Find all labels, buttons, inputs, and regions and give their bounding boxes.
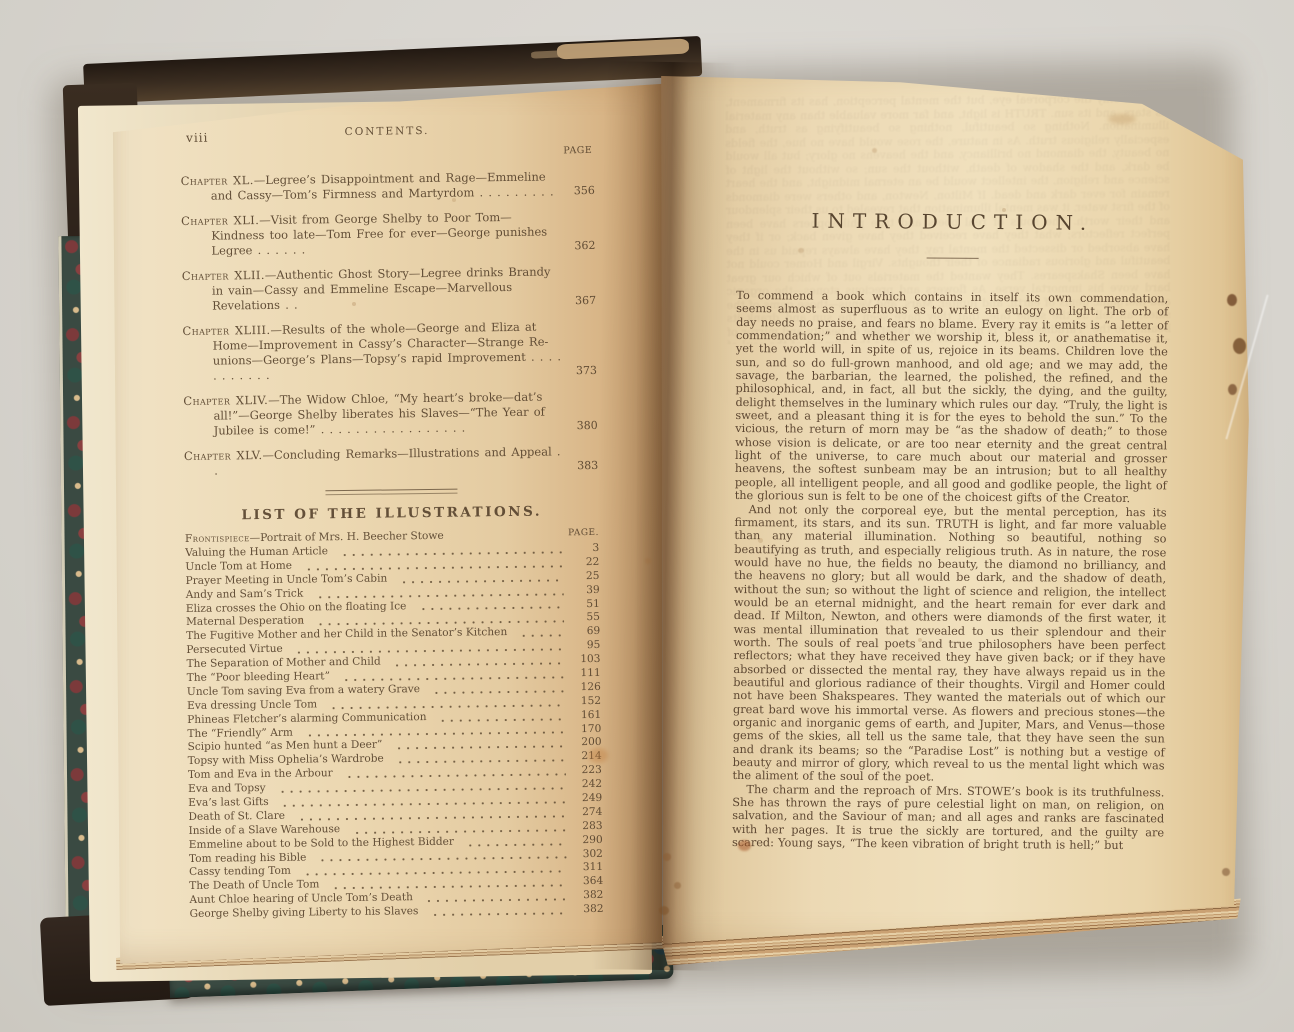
chapter-label: Chapter XL. (181, 173, 254, 188)
illustration-title: Tom and Eva in the Arbour (188, 767, 333, 781)
introduction-heading: INTRODUCTION. (737, 208, 1169, 235)
illustration-title: Tom reading his Bible (189, 851, 307, 864)
contents-page-content: viii CONTENTS. PAGE Chapter XL.—Legree’s… (180, 123, 604, 922)
chapter-label: Chapter XLV. (184, 448, 263, 463)
chapter-label: Chapter XLI. (181, 213, 259, 228)
illustration-title: Eva and Topsy (188, 782, 266, 795)
chapter-label: Chapter XLIV. (183, 393, 268, 408)
illustration-title: Eva dressing Uncle Tom (187, 698, 317, 712)
page-column-label: PAGE (180, 145, 594, 161)
illustration-page: 25 (573, 570, 599, 582)
toc-entry-text: Chapter XLII.—Authentic Ghost Story—Legr… (182, 264, 551, 312)
leader-dots (466, 834, 567, 849)
toc-entry-page: 367 (575, 293, 596, 308)
illustration-title: Cassy tending Tom (189, 865, 291, 878)
leader-dots (519, 626, 564, 640)
toc-entry-text: Chapter XLIII.—Results of the whole—Geor… (182, 320, 561, 383)
illustration-title: Scipio hunted “as Men hunt a Deer” (187, 739, 382, 753)
photo-of-open-book: viii CONTENTS. PAGE Chapter XL.—Legree’s… (0, 0, 1294, 1032)
illustration-title: The Separation of Mother and Child (186, 656, 380, 670)
illustration-title: The “Friendly” Arm (187, 726, 293, 739)
frontispiece-title: —Portrait of Mrs. H. Beecher Stowe (250, 530, 444, 544)
running-head: CONTENTS. (180, 123, 594, 140)
toc-entry-text: Chapter XL.—Legree’s Disappointment and … (181, 170, 554, 203)
toc-entry: Chapter XLIV.—The Widow Chloe, “My heart… (183, 389, 598, 439)
illustration-title: Phineas Fletcher’s alarming Communicatio… (187, 711, 426, 726)
introduction-paragraph: And not only the corporeal eye, but the … (732, 502, 1166, 786)
illustration-title: Eva’s last Gifts (188, 796, 269, 809)
illustration-title: Eliza crosses the Ohio on the floating I… (186, 600, 407, 615)
leader-dots (430, 903, 567, 919)
illustration-title: Uncle Tom at Home (185, 560, 292, 573)
illustration-page: 3 (573, 542, 599, 554)
toc-entry: Chapter XLI.—Visit from George Shelby to… (181, 209, 596, 259)
frontispiece-label: Frontispiece (185, 532, 250, 545)
chapter-label: Chapter XLII. (182, 268, 265, 283)
toc-entry: Chapter XL.—Legree’s Disappointment and … (181, 169, 595, 204)
cover-wear-patch (557, 39, 690, 60)
illustration-title: George Shelby giving Liberty to his Slav… (190, 905, 419, 920)
illustrations-page-label: PAGE. (568, 528, 599, 538)
illustration-title: Aunt Chloe hearing of Uncle Tom’s Death (189, 891, 413, 906)
heading-rule (927, 257, 979, 260)
illustration-title: Prayer Meeting in Uncle Tom’s Cabin (185, 572, 387, 586)
illustration-title: Emmeline about to be Sold to the Highest… (189, 835, 454, 850)
illustration-title: Death of St. Clare (188, 810, 285, 823)
illustration-page: 22 (573, 556, 599, 568)
illustration-title: The Death of Uncle Tom (189, 879, 319, 893)
toc-entry-page: 380 (577, 418, 598, 433)
gutter-shadow (592, 61, 737, 971)
illustrations-list: Valuing the Human Article 3 Uncle Tom at… (185, 542, 604, 922)
spacer (444, 537, 568, 539)
toc-entry-text: Chapter XLI.—Visit from George Shelby to… (181, 210, 547, 258)
right-page: And not only the corporeal eye, but the … (660, 58, 1250, 958)
illustrations-heading: LIST OF THE ILLUSTRATIONS. (185, 503, 599, 524)
toc-entry: Chapter XLV.—Concluding Remarks—Illustra… (184, 444, 598, 479)
illustration-title: Uncle Tom saving Eva from a watery Grave (187, 683, 420, 698)
toc-entry-page: 356 (574, 183, 595, 198)
chapter-summary: —Legree’s Disappointment and Rage—Emmeli… (211, 170, 554, 203)
toc-entry: Chapter XLII.—Authentic Ghost Story—Legr… (182, 264, 597, 314)
toc-entry-text: Chapter XLV.—Concluding Remarks—Illustra… (184, 444, 561, 477)
introduction-paragraph: The charm and the reproach of Mrs. STOWE… (732, 783, 1165, 853)
illustration-title: Maternal Desperation (186, 615, 304, 628)
illustration-title: Inside of a Slave Warehouse (189, 823, 341, 837)
left-page: viii CONTENTS. PAGE Chapter XL.—Legree’s… (104, 74, 662, 970)
folio-number: viii (186, 131, 208, 145)
chapter-summary: —Concluding Remarks—Illustrations and Ap… (214, 444, 561, 477)
contents-list: Chapter XL.—Legree’s Disappointment and … (181, 169, 599, 479)
chapter-label: Chapter XLIII. (182, 323, 270, 338)
illustration-title: Andy and Sam’s Trick (186, 587, 304, 600)
introduction-paragraphs: To commend a book which contains in itse… (732, 289, 1168, 853)
chapter-summary: —Visit from George Shelby to Poor Tom—Ki… (211, 210, 547, 258)
illustration-title: The “Poor bleeding Heart” (187, 670, 330, 684)
toc-entry-page: 362 (574, 238, 595, 253)
toc-entry-page: 383 (577, 458, 598, 473)
toc-entry-page: 373 (576, 363, 597, 378)
illustration-page: 39 (574, 584, 600, 596)
illustration-title: Persecuted Virtue (186, 643, 283, 656)
section-divider (325, 489, 457, 496)
introduction-page-content: INTRODUCTION. To commend a book which co… (732, 208, 1169, 853)
introduction-paragraph: To commend a book which contains in itse… (735, 289, 1169, 506)
page-header: viii CONTENTS. (180, 123, 594, 145)
toc-entry-text: Chapter XLIV.—The Widow Chloe, “My heart… (183, 390, 545, 438)
toc-entry: Chapter XLIII.—Results of the whole—Geor… (182, 319, 597, 384)
illustration-title: Valuing the Human Article (185, 545, 328, 559)
illustration-title: Topsy with Miss Ophelia’s Wardrobe (188, 753, 384, 767)
